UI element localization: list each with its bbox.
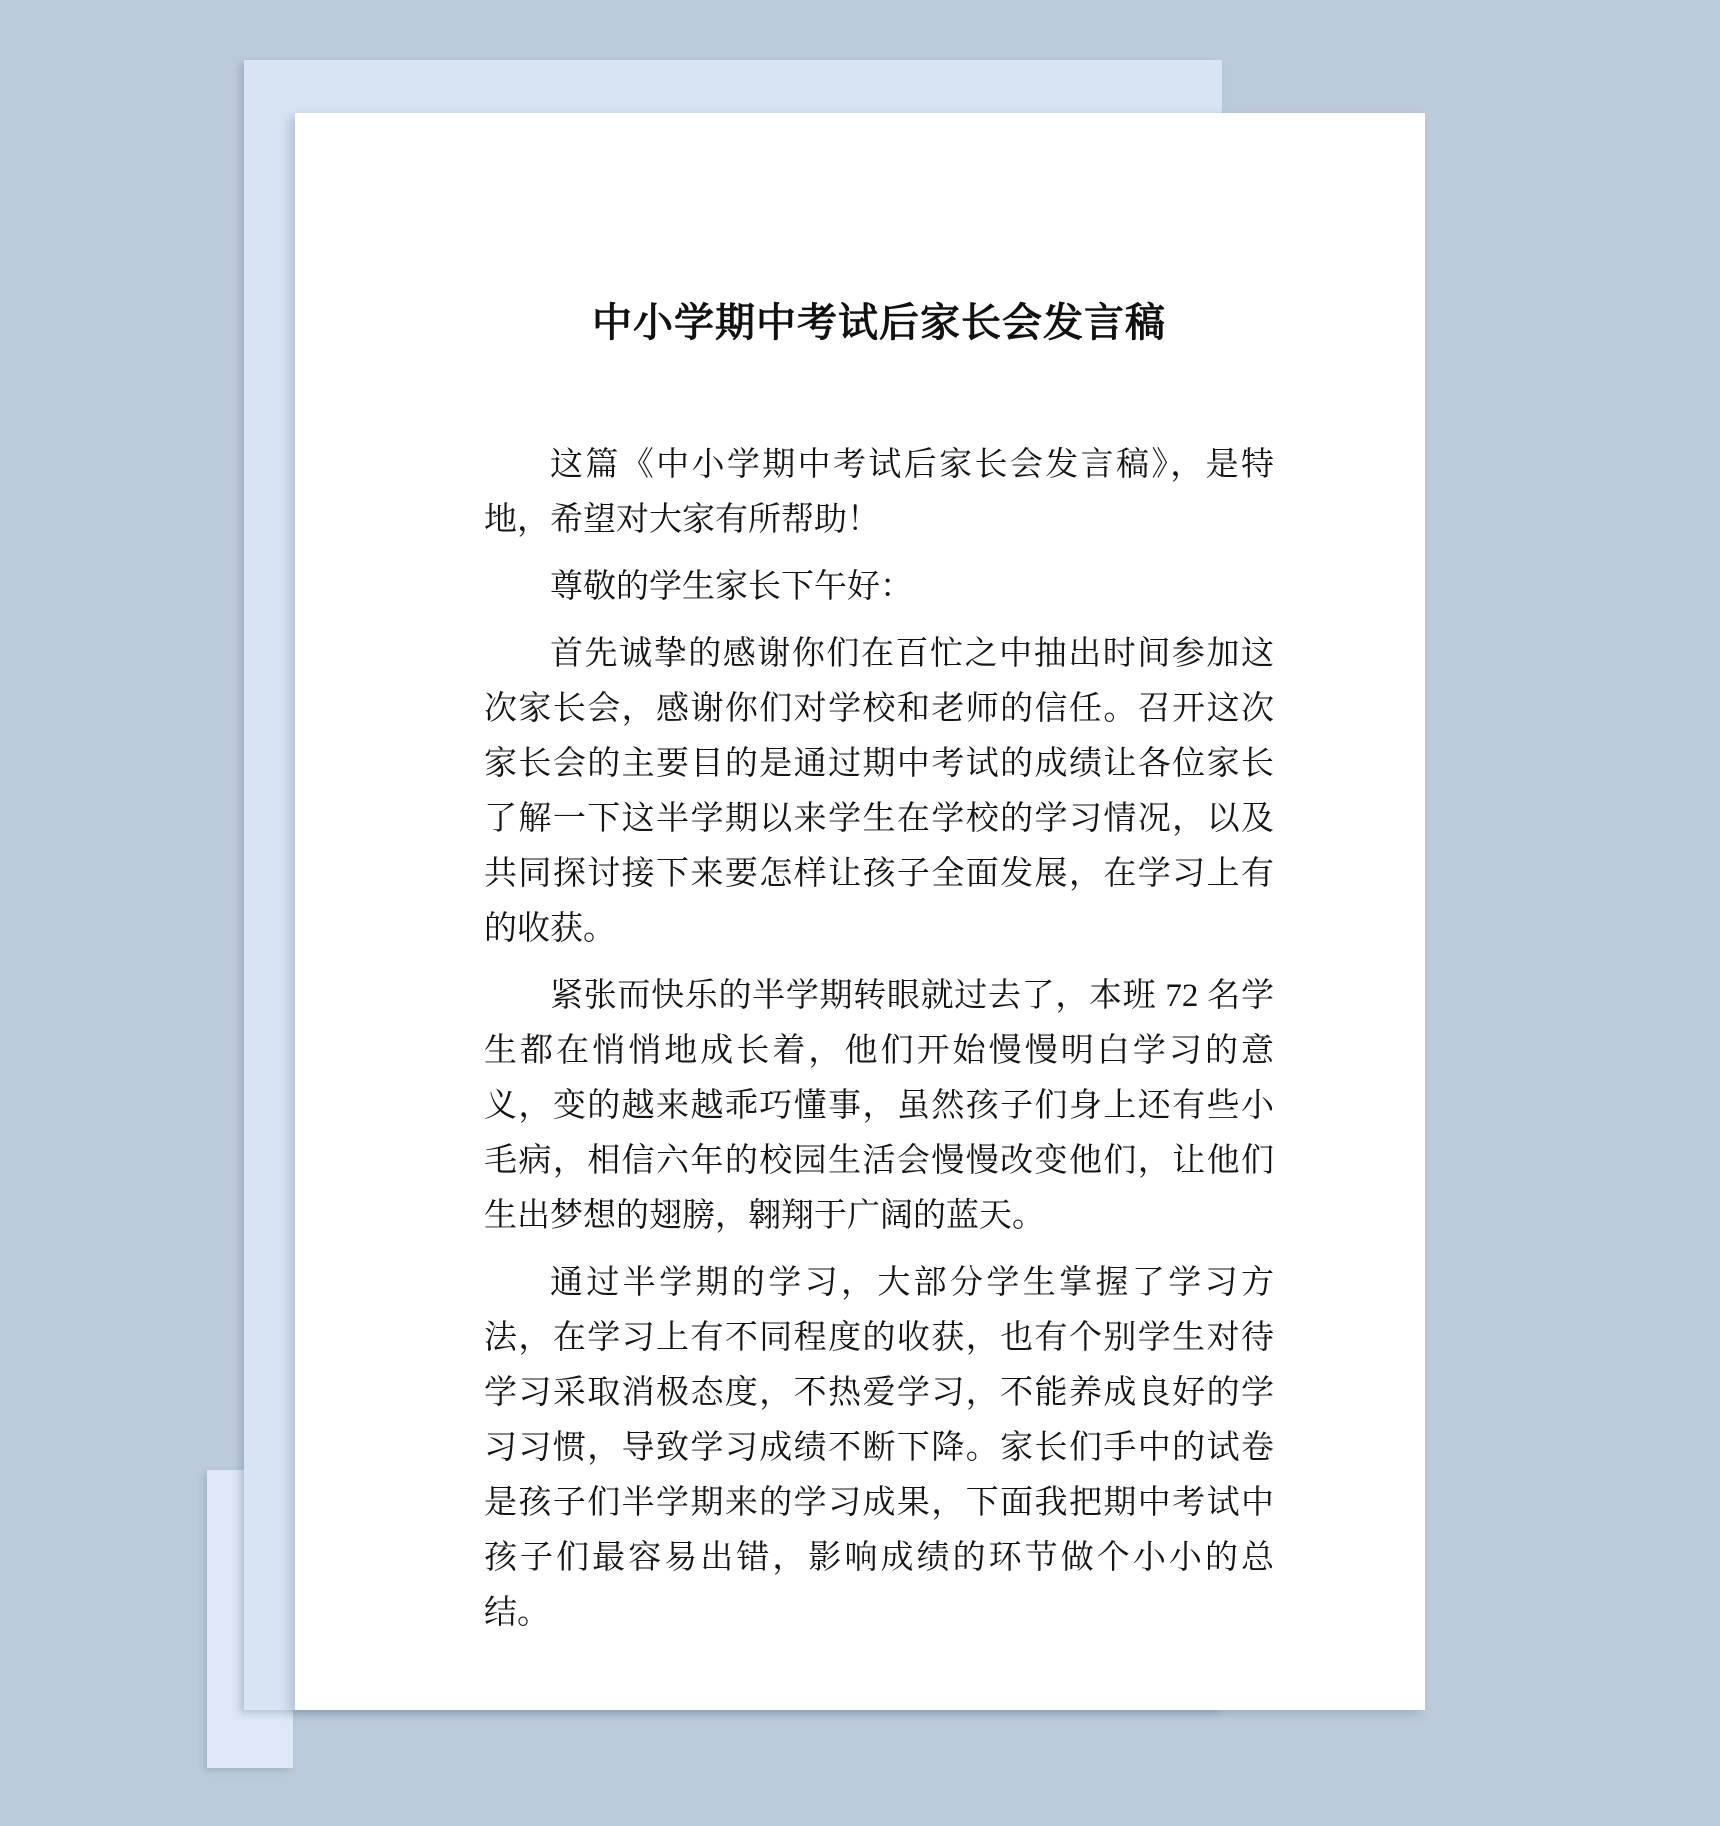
document-page: 中小学期中考试后家长会发言稿 这篇《中小学期中考试后家长会发言稿》，是特地，希望… (295, 113, 1425, 1710)
document-title: 中小学期中考试后家长会发言稿 (484, 301, 1274, 345)
paragraph-thanks: 首先诚挚的感谢你们在百忙之中抽出时间参加这次家长会，感谢你们对学校和老师的信任。… (484, 627, 1274, 957)
paragraph-greeting: 尊敬的学生家长下午好： (484, 560, 1274, 615)
paragraph-class-progress: 紧张而快乐的半学期转眼就过去了，本班 72 名学生都在悄悄地成长着，他们开始慢慢… (484, 969, 1274, 1244)
paragraph-intro: 这篇《中小学期中考试后家长会发言稿》，是特地，希望对大家有所帮助！ (484, 438, 1274, 548)
paragraph-study-summary: 通过半学期的学习，大部分学生掌握了学习方法，在学习上有不同程度的收获，也有个别学… (484, 1256, 1274, 1641)
document-preview: 中小学期中考试后家长会发言稿 这篇《中小学期中考试后家长会发言稿》，是特地，希望… (0, 0, 1720, 1826)
